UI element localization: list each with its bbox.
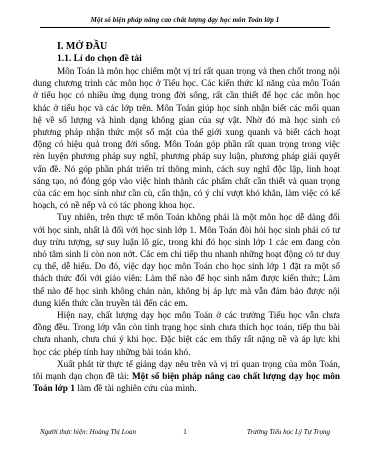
paragraph-4-suffix: làm đề tài nghiên cứu của mình. bbox=[75, 383, 197, 393]
page-content: I. MỞ ĐẦU 1.1. Lí do chọn đề tài Môn Toá… bbox=[33, 40, 340, 394]
paragraph-4: Xuất phát từ thực tế giảng dạy nêu trên … bbox=[33, 358, 340, 395]
document-page: Một số biện pháp nâng cao chất lượng dạy… bbox=[0, 0, 366, 473]
running-header: Một số biện pháp nâng cao chất lượng dạy… bbox=[40, 16, 330, 28]
subsection-heading: 1.1. Lí do chọn đề tài bbox=[57, 53, 340, 65]
paragraph-2: Tuy nhiên, trên thực tế môn Toán không p… bbox=[33, 211, 340, 309]
paragraph-3: Hiện nay, chất lượng dạy học môn Toán ở … bbox=[33, 309, 340, 358]
footer-author: Người thực hiện: Hoàng Thị Loan bbox=[40, 428, 170, 436]
footer-school: Trường Tiểu học Lý Tự Trọng bbox=[200, 428, 330, 436]
paragraph-1: Môn Toán là môn học chiếm một vị trí rất… bbox=[33, 65, 340, 211]
section-heading: I. MỞ ĐẦU bbox=[57, 40, 340, 53]
footer-page-number: 1 bbox=[170, 428, 200, 436]
page-footer: Người thực hiện: Hoàng Thị Loan 1 Trường… bbox=[40, 428, 330, 436]
